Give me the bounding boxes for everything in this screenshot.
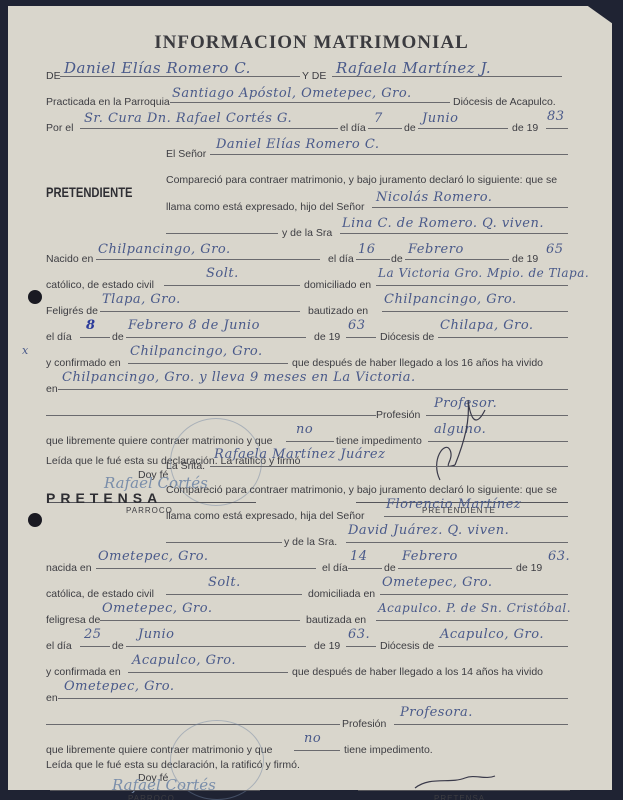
bautizada-value: Acapulco. P. de Sn. Cristóbal. (378, 601, 571, 615)
de-label: de (112, 331, 124, 343)
birth-year-suffix: 63. (548, 549, 570, 564)
section-pretendiente: PRETENDIENTE (46, 184, 133, 200)
hija-label: llama como está expresado, hija del Seño… (166, 510, 364, 522)
diocesis-label: Diócesis de (380, 640, 434, 652)
bautizado-label: bautizado en (308, 305, 368, 317)
feligres-value: Tlapa, Gro. (102, 292, 181, 307)
birthplace: Chilpancingo, Gro. (98, 242, 231, 257)
diocesis-value: Acapulco, Gro. (440, 627, 544, 642)
parroquia-value: Santiago Apóstol, Ometepec, Gro. (172, 86, 412, 101)
birthplace: Ometepec, Gro. (98, 549, 209, 564)
punch-hole (28, 290, 42, 304)
bautizada-label: bautizada en (306, 614, 366, 626)
section-pretensa: PRETENSA (46, 490, 162, 506)
birth-year-suffix: 65 (546, 242, 564, 257)
profesion-value: Profesora. (400, 705, 473, 720)
por-el-label: Por el (46, 122, 73, 134)
birth-month: Febrero (408, 242, 464, 257)
bautizado-value: Chilpancingo, Gro. (384, 292, 517, 307)
month-value: Junio (422, 111, 458, 126)
birth-day: 16 (358, 242, 376, 257)
blank-line (46, 710, 340, 725)
parroco-signature: Rafael Cortés (112, 776, 216, 794)
margin-mark: x (22, 344, 29, 357)
bride-name: Rafaela Martínez J. (336, 59, 491, 77)
domicilio-label: domiciliada en (308, 588, 375, 600)
despues-label: que después de haber llegado a los 14 añ… (292, 666, 543, 678)
year-prefix: de 19 (516, 562, 542, 574)
vivido-value: Chilpancingo, Gro. y lleva 9 meses en La… (62, 370, 416, 385)
sra-label: y de la Sra (282, 227, 332, 239)
diocesis-label: Diócesis de Acapulco. (453, 96, 556, 108)
bapt-day: 25 (84, 627, 102, 642)
de-label-2: de (112, 640, 124, 652)
de-label-2: de (404, 122, 416, 134)
el-dia-label: el día (340, 122, 366, 134)
en-label: en (46, 692, 58, 704)
domicilio-label: domiciliado en (304, 279, 371, 291)
compare-line: Compareció para contraer matrimonio, y b… (166, 484, 557, 496)
bapt-day: 8 (86, 318, 96, 333)
mother-name: Lina C. de Romero. Q. viven. (342, 216, 544, 231)
pretendiente-signature-icon (410, 380, 490, 490)
birth-day: 14 (350, 549, 368, 564)
domicilio-value: Ometepec, Gro. (382, 575, 493, 590)
srita-label: La Srita. (166, 460, 205, 472)
impedimento-label: tiene impedimento. (344, 744, 433, 756)
feligresa-label: feligresa de (46, 614, 100, 626)
blank-line (166, 219, 278, 234)
pretensa-label: PRETENSA (434, 794, 485, 800)
document-title: INFORMACION MATRIMONIAL (0, 32, 623, 54)
father-name: Florencio Martínez (386, 497, 521, 512)
el-dia-label: el día (322, 562, 348, 574)
hijo-label: llama como está expresado, hijo del Seño… (166, 201, 364, 213)
de-label: DE (46, 70, 61, 82)
estado-label: católica, de estado civil (46, 588, 154, 600)
compare-line: Compareció para contraer matrimonio, y b… (166, 174, 557, 186)
year-prefix: de 19 (512, 122, 538, 134)
nacido-label: Nacido en (46, 253, 93, 265)
day-value: 7 (374, 111, 383, 126)
confirmada-label: y confirmada en (46, 666, 121, 678)
despues-label: que después de haber llegado a los 16 añ… (292, 357, 543, 369)
mother-name: David Juárez. Q. viven. (348, 523, 509, 538)
confirmado-value: Chilpancingo, Gro. (130, 344, 263, 359)
dia-label: el día (46, 331, 72, 343)
en-label: en (46, 383, 58, 395)
bapt-year-suffix: 63 (348, 318, 366, 333)
parroquia-label: Practicada en la Parroquia (46, 96, 170, 108)
confirmada-value: Acapulco, Gro. (132, 653, 236, 668)
el-dia-label: el día (328, 253, 354, 265)
bapt-month: Febrero 8 de Junio (128, 318, 260, 333)
estado-value: Solt. (208, 575, 241, 590)
estado-value: Solt. (206, 266, 239, 281)
por-el-value: Sr. Cura Dn. Rafael Cortés G. (84, 111, 292, 126)
feligresa-value: Ometepec, Gro. (102, 601, 213, 616)
diocesis-label: Diócesis de (380, 331, 434, 343)
groom-name: Daniel Elías Romero C. (64, 59, 251, 77)
feligres-label: Feligrés de (46, 305, 98, 317)
nacida-label: nacida en (46, 562, 92, 574)
profesion-label: Profesión (342, 718, 386, 730)
blank-line (166, 528, 282, 543)
y-de-label: Y DE (302, 70, 326, 82)
punch-hole (28, 513, 42, 527)
parroco-signature-line (50, 790, 260, 791)
estado-label: católico, de estado civil (46, 279, 154, 291)
de-label: de (384, 562, 396, 574)
domicilio-value: La Victoria Gro. Mpio. de Tlapa. (378, 266, 589, 280)
sra-label: y de la Sra. (284, 536, 337, 548)
year-suffix: 83 (547, 109, 565, 124)
diocesis-value: Chilapa, Gro. (440, 318, 534, 333)
birth-month: Febrero (402, 549, 458, 564)
bapt-year-suffix: 63. (348, 627, 370, 642)
senor-label: El Señor (166, 148, 206, 160)
bapt-month: Junio (138, 627, 174, 642)
blank-line (46, 401, 376, 416)
groom-full-name: Daniel Elías Romero C. (216, 137, 379, 152)
bapt-year-prefix: de 19 (314, 331, 340, 343)
dia-label: el día (46, 640, 72, 652)
impedimento-label: tiene impedimento (336, 435, 422, 447)
confirmado-label: y confirmado en (46, 357, 121, 369)
parroco-label: PARROCO (128, 794, 175, 800)
vivido-value: Ometepec, Gro. (64, 679, 175, 694)
bapt-year-prefix: de 19 (314, 640, 340, 652)
pretensa-signature-line (358, 790, 570, 791)
father-name: Nicolás Romero. (376, 190, 492, 205)
de-label: de (391, 253, 403, 265)
no-value: no (296, 422, 313, 437)
bride-full-name: Rafaela Martínez Juárez (214, 447, 385, 462)
year-prefix: de 19 (512, 253, 538, 265)
no-value: no (304, 731, 321, 746)
